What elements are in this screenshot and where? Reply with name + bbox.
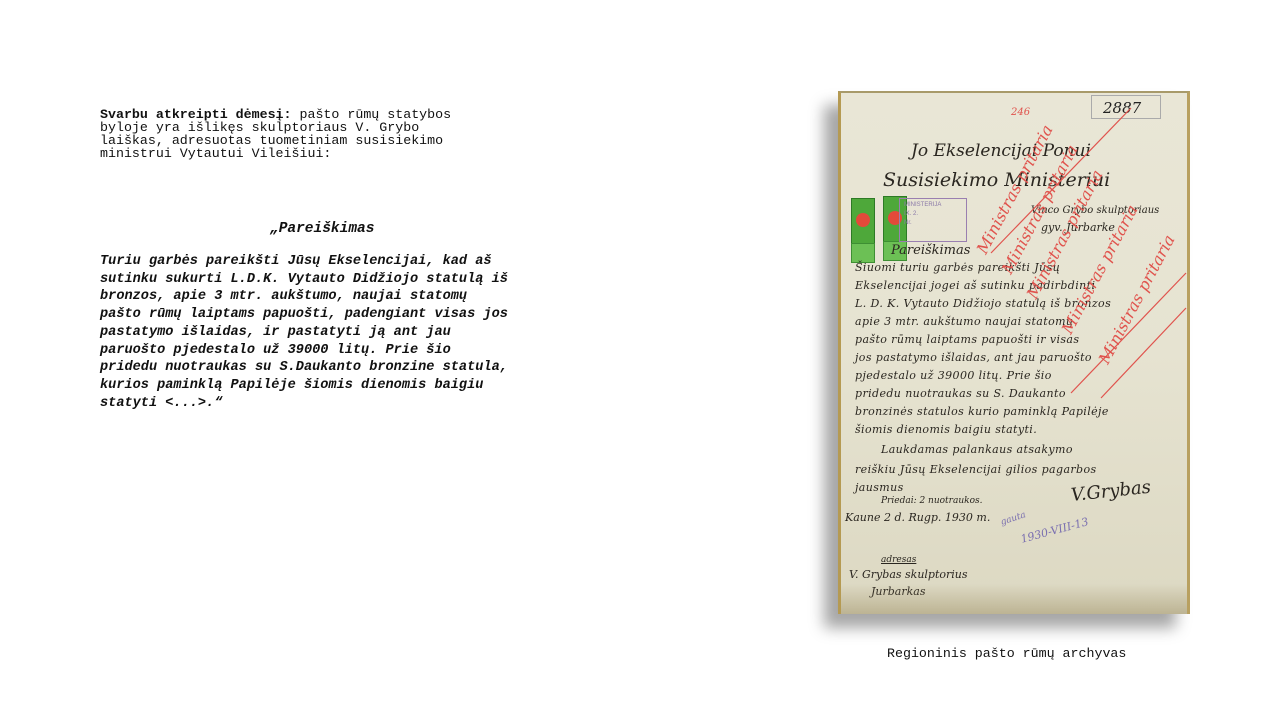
address-line-2: Jurbarkas [871,585,925,598]
letter-paper: 2887 246 Jo Ekselencijai Ponui Susisieki… [838,91,1190,614]
red-strike-lines [841,93,1190,614]
quote-title: „Pareiškimas [270,220,374,238]
image-caption: Regioninis pašto rūmų archyvas [887,646,1126,661]
intro-paragraph: Svarbu atkreipti dėmesį: pašto rūmų stat… [100,108,520,160]
quote-body: Turiu garbės pareikšti Jūsų Ekselencijai… [100,253,560,412]
archival-letter-image: 2887 246 Jo Ekselencijai Ponui Susisieki… [838,91,1190,614]
